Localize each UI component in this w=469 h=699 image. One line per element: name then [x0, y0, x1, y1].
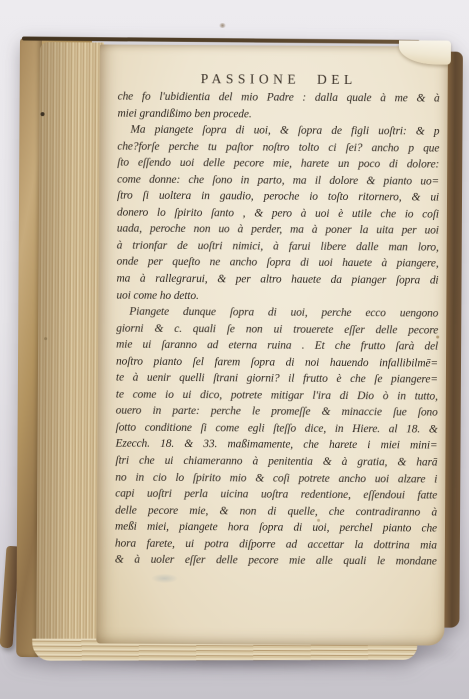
- gutter-page-edges: [36, 42, 104, 653]
- text-line: Piangete dunque ſopra di uoi, perche ecc…: [116, 304, 438, 323]
- running-header: PASSIONE DEL: [118, 71, 440, 89]
- text-line: meßi miei, piangete hora ſopra di uoi, p…: [115, 519, 437, 538]
- foxing-spot: [41, 112, 45, 116]
- text-line: noſtro pianto ſel farem ſopra di noi hau…: [116, 353, 438, 372]
- text-line: donero lo ſpirito ſanto , & pero à uoi è…: [117, 204, 439, 223]
- wall-mark: [219, 23, 226, 28]
- text-line: delle pecore mie, & non di quelle, che c…: [115, 502, 437, 521]
- text-line: miei grandißimo ben procede.: [117, 105, 439, 124]
- text-line: ſtro ſi uoltera in gaudio, peroche io to…: [117, 188, 439, 207]
- text-line: te à uenir quelli ſtrani giorni? il frut…: [116, 370, 438, 389]
- ink-smudge: [152, 574, 178, 583]
- text-line: ſto eſſendo uoi delle pecore mie, harete…: [117, 155, 439, 174]
- open-book: PASSIONE DEL che fo l'ubidientia del mio…: [16, 37, 463, 662]
- text-line: giorni & c. quali ſe non ui trouerete eſ…: [116, 320, 438, 339]
- text-line: Ma piangete ſopra di uoi, & ſopra de fig…: [117, 122, 439, 141]
- text-line: à trionfar de uoſtri nimici, à farui lib…: [117, 238, 439, 257]
- text-line: mie ui ſaranno ad eterna ruina . Et che …: [116, 337, 438, 356]
- text-line: & à uoler eſſer delle pecore mie alle qu…: [115, 552, 437, 571]
- text-line: che fo l'ubidientia del mio Padre : dall…: [118, 89, 440, 108]
- text-line: capi uoſtri perla uicina uoſtra redentio…: [115, 486, 437, 505]
- foxing-spot: [44, 337, 47, 340]
- text-line: ſtri che ui chiameranno à penitentia & à…: [115, 453, 437, 472]
- text-line: te come io ui dico, potrete mitigar l'ir…: [116, 386, 438, 405]
- text-line: uada, peroche non uo à perder, ma à pone…: [117, 221, 439, 240]
- text-line: ma à rallegrarui, & per altro hauete da …: [116, 271, 438, 290]
- text-line: uoi come ho detto.: [116, 287, 438, 306]
- text-line: ouero in parte: perche le promeſſe & min…: [116, 403, 438, 422]
- text-line: onde per queſto ne ancho ſopra di uoi ha…: [117, 254, 439, 273]
- text-line: ſotto conditione ſi come egli ſteſſo dic…: [116, 420, 438, 439]
- text-line: hora farete, ui potra diſporre ad accett…: [115, 535, 437, 554]
- text-line: Ezecch. 18. & 33. maßimamente, che haret…: [115, 436, 437, 455]
- text-line: no in cio lo ſpirito mio & coſi potrete …: [115, 469, 437, 488]
- book-photograph: PASSIONE DEL che fo l'ubidientia del mio…: [0, 0, 469, 699]
- body-text: che fo l'ubidientia del mio Padre : dall…: [115, 89, 440, 571]
- text-line: come donne: che ſono in parto, ma il dol…: [117, 171, 439, 190]
- text-line: che?forſe perche tu paſtor noſtro tolto …: [117, 138, 439, 157]
